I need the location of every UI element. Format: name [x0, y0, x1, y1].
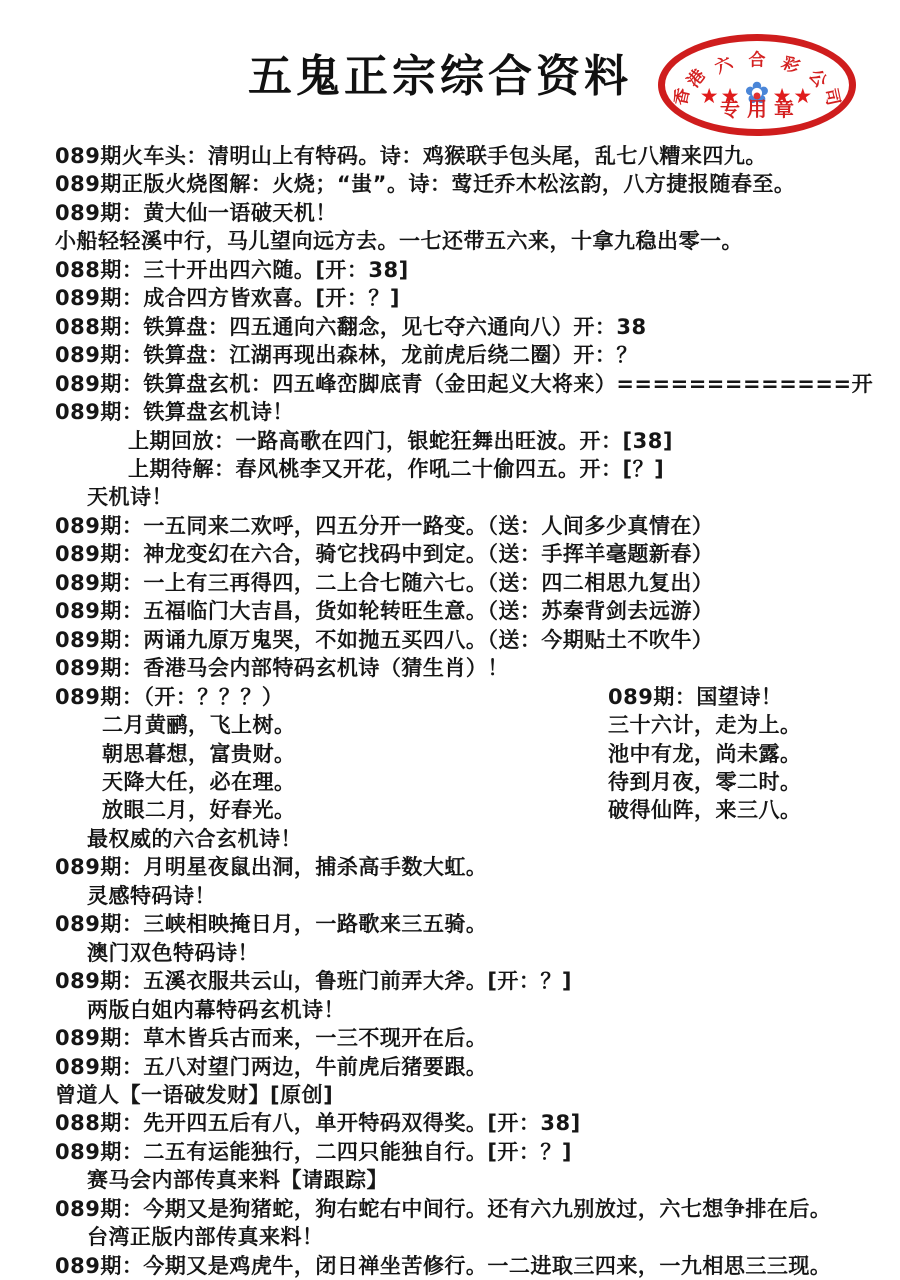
text-line: 089期：成合四方皆欢喜。[开：？] — [55, 284, 885, 312]
text-line: 两版白姐内幕特码玄机诗！ — [55, 996, 885, 1024]
text-line: 089期：月明星夜鼠出洞，捕杀高手数大虹。 — [55, 853, 885, 881]
document-page: 五鬼正宗综合资料 香港六合彩公司 ★★ ✿ ★★ 专用章 089期火车头：清明山… — [0, 0, 900, 1267]
bottom-lines: 最权威的六合玄机诗！089期：月明星夜鼠出洞，捕杀高手数大虹。灵感特码诗！089… — [55, 825, 885, 1267]
text-line: 089期：一上有三再得四，二上合七随六七。（送：四二相思九复出） — [55, 569, 885, 597]
top-lines: 089期火车头：清明山上有特码。诗：鸡猴联手包头尾，乱七八糟来四九。089期正版… — [55, 142, 885, 683]
text-line: 破得仙阵，来三八。 — [608, 796, 802, 824]
text-line: 089期：国望诗！ — [608, 683, 802, 711]
text-line: 天机诗！ — [55, 483, 885, 511]
text-line: 上期待解：春风桃李又开花，作吼二十偷四五。开：[？] — [55, 455, 885, 483]
text-line: 灵感特码诗！ — [55, 882, 885, 910]
poem-right-column: 089期：国望诗！三十六计，走为上。池中有龙，尚未露。待到月夜，零二时。破得仙阵… — [608, 683, 802, 825]
text-line: 089期：今期又是鸡虎牛，闭日禅坐苦修行。一二进取三四来，一九相思三三现。 — [55, 1252, 885, 1267]
text-line: 089期：铁算盘玄机诗！ — [55, 398, 885, 426]
text-line: 澳门双色特码诗！ — [55, 939, 885, 967]
text-line: 089期：一五同来二欢呼，四五分开一路变。（送：人间多少真情在） — [55, 512, 885, 540]
text-line: 小船轻轻溪中行，马儿望向远方去。一七还带五六来，十拿九稳出零一。 — [55, 227, 885, 255]
text-line: 089期：铁算盘玄机：四五峰峦脚底青（金田起义大将来）=============… — [55, 370, 885, 398]
stamp-arc-char: 合 — [749, 53, 766, 70]
text-line: 088期：三十开出四六随。[开：38] — [55, 256, 885, 284]
text-line: 089期：三峡相映掩日月，一路歌来三五骑。 — [55, 910, 885, 938]
text-line: 待到月夜，零二时。 — [608, 768, 802, 796]
text-line: 089期：今期又是狗猪蛇，狗右蛇右中间行。还有六九别放过，六七想争排在后。 — [55, 1195, 885, 1223]
text-line: 三十六计，走为上。 — [608, 711, 802, 739]
text-line: 089期：五八对望门两边，牛前虎后猪要跟。 — [55, 1053, 885, 1081]
stamp-arc-char: 彩 — [779, 54, 802, 77]
text-line: 池中有龙，尚未露。 — [608, 740, 802, 768]
text-line: 088期：铁算盘：四五通向六翻念，见七夺六通向八）开：38 — [55, 313, 885, 341]
text-line: 089期：黄大仙一语破天机！ — [55, 199, 885, 227]
text-line: 089期：神龙变幻在六合，骑它找码中到定。（送：手挥羊毫题新春） — [55, 540, 885, 568]
text-line: 曾道人【一语破发财】[原创] — [55, 1081, 885, 1109]
text-line: 089期：草木皆兵古而来，一三不现开在后。 — [55, 1024, 885, 1052]
text-line: 089期：铁算盘：江湖再现出森林，龙前虎后绕二圈）开：？ — [55, 341, 885, 369]
text-line: 台湾正版内部传真来料！ — [55, 1223, 885, 1251]
text-line: 最权威的六合玄机诗！ — [55, 825, 885, 853]
text-line: 赛马会内部传真来料【请跟踪】 — [55, 1166, 885, 1194]
content: 089期火车头：清明山上有特码。诗：鸡猴联手包头尾，乱七八糟来四九。089期正版… — [55, 142, 885, 1267]
text-line: 089期：两诵九原万鬼哭，不如抛五买四八。（送：今期贴土不吹牛） — [55, 626, 885, 654]
stamp-bottom-label: 专用章 — [665, 93, 849, 122]
text-line: 089期：二五有运能独行，二四只能独自行。[开：？] — [55, 1138, 885, 1166]
stamp-arc-char: 六 — [712, 54, 735, 77]
text-line: 089期：五溪衣服共云山，鲁班门前弄大斧。[开：？] — [55, 967, 885, 995]
text-line: 089期：五福临门大吉昌，货如轮转旺生意。（送：苏秦背剑去远游） — [55, 597, 885, 625]
text-line: 089期：香港马会内部特码玄机诗（猜生肖）！ — [55, 654, 885, 682]
text-line: 089期火车头：清明山上有特码。诗：鸡猴联手包头尾，乱七八糟来四九。 — [55, 142, 885, 170]
text-line: 089期正版火烧图解：火烧；“蚩”。诗：莺迁乔木松泫韵，八方捷报随春至。 — [55, 170, 885, 198]
text-line: 上期回放：一路高歌在四门，银蛇狂舞出旺波。开：[38] — [55, 427, 885, 455]
text-line: 088期：先开四五后有八，单开特码双得奖。[开：38] — [55, 1109, 885, 1137]
official-stamp: 香港六合彩公司 ★★ ✿ ★★ 专用章 — [658, 34, 856, 136]
poem-columns: 089期：（开：？？？）二月黄鹂，飞上树。朝思暮想，富贵财。天降大任，必在理。放… — [55, 683, 885, 825]
